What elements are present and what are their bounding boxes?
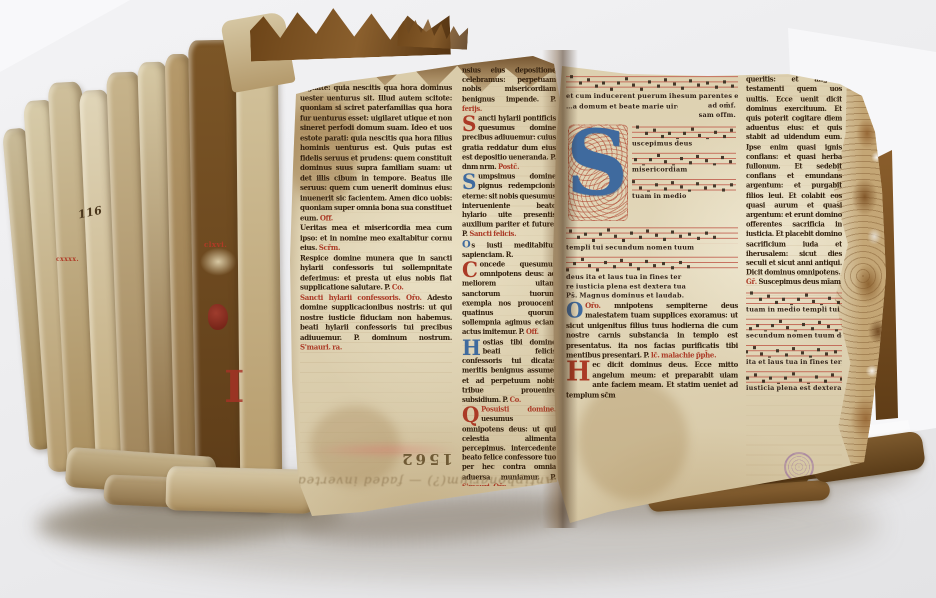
ownership-inscription: Antiphonarium(?) — faded inverted cursiv… [286,474,554,489]
red-pigment-blot [208,304,228,330]
rubric: sam offm. [699,111,736,120]
curled-leaf-edge [165,466,316,514]
lombardic-initial: C [462,261,478,278]
music-stave [566,255,738,273]
left-page: Vigilate: quia nescitis qua hora dominus… [270,46,572,532]
gutter-fold-shadow [542,50,578,528]
music-stave [746,290,842,305]
photo-scene: cxxxx. clxvi. 116 I Vigilate: quia nesci… [0,0,936,598]
music-stave [746,369,842,384]
illuminated-initial-section: S uscepimus deus misericordiam tuam in m… [566,122,738,223]
music-stave [746,343,842,358]
right-page-column-1: et cum inducerent puerum ihesum parentes… [566,72,738,494]
chant-text: et cum inducerent puerum ihesum parentes… [566,92,738,101]
date-inscription-1562: 1562 [366,450,486,468]
lombardic-initial: H [462,339,481,356]
lombardic-initial: Q [462,406,479,423]
chant-text: templi tui secundum nomen tuum [566,243,738,252]
psalm-rubric: Ps̄. Magnus dominus et laudab. [566,291,738,300]
chant-text: ita et laus tua in fines terre [746,357,842,366]
left-page-column-1: Vigilate: quia nescitis qua hora dominus… [300,83,452,467]
right-page: et cum inducerent puerum ihesum parentes… [548,50,900,535]
music-stave [566,74,738,92]
small-initial: O [462,239,470,251]
stacked-leaf [235,28,282,506]
rubric: ad om̄f. [708,101,736,110]
folio-number: clxvi. [204,240,227,249]
lombardic-initial: S [462,173,476,190]
chant-text: secundum nomen tuum deus [746,331,842,340]
chant-text: iusticia plena est dextera tua [746,384,842,393]
chant-text: tuam in medio templi tui [746,305,842,314]
music-stave [566,225,738,243]
folio-number: cxxxx. [56,256,79,263]
right-page-column-2: suum dominator quem uos queritis: et ang… [746,66,842,499]
red-initial-on-leaf: I [224,368,245,408]
lombardic-initial: S [462,115,476,132]
chant-text: re iusticia plena est dextera tua [566,282,738,291]
chant-text: deus ita et laus tua in fines ter [566,273,738,282]
music-stave [746,316,842,331]
